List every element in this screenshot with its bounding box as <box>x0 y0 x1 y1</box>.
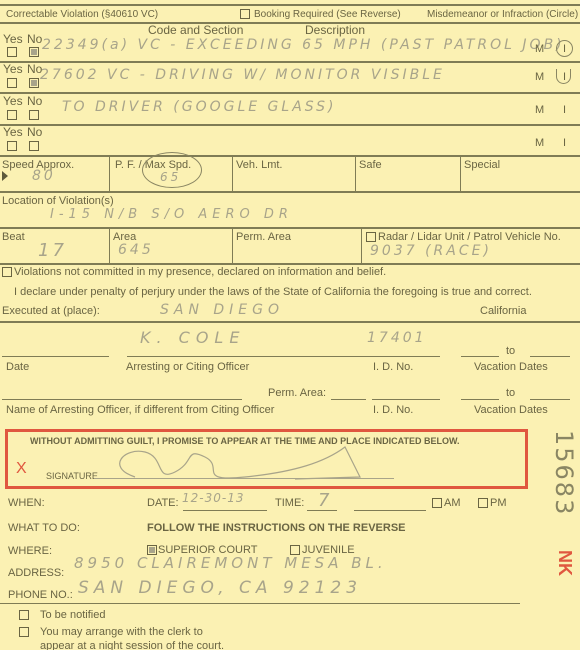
date-appear-label: DATE: <box>147 497 179 509</box>
location-label: Location of Violation(s) <box>2 195 114 207</box>
violation-text: 27602 VC - DRIVING W/ MONITOR VISIBLE <box>40 67 445 83</box>
m-option[interactable]: M <box>535 71 544 83</box>
yes-checkbox[interactable] <box>7 47 17 57</box>
phone-value: SAN DIEGO, CA 92123 <box>78 578 362 598</box>
radar-checkbox[interactable] <box>366 232 376 242</box>
arresting-officer-underline <box>2 399 242 400</box>
perm-area-label-2: Perm. Area: <box>268 387 326 399</box>
date-underline <box>2 356 109 357</box>
booking-required-label: Booking Required (See Reverse) <box>254 9 401 21</box>
violation-text: 22349(a) VC - EXCEEDING 65 MPH (PAST PAT… <box>42 37 565 53</box>
time-label: TIME: <box>275 497 304 509</box>
safe-label: Safe <box>359 159 382 171</box>
speed-approx-value: 80 <box>32 168 56 184</box>
speed-row-rule <box>0 191 580 193</box>
area-value: 645 <box>118 242 154 258</box>
cell-divider <box>355 156 356 192</box>
when-label: WHEN: <box>8 497 45 509</box>
night-session-checkbox[interactable] <box>19 627 29 637</box>
vacation-dates-label: Vacation Dates <box>474 361 548 373</box>
executed-at-value: SAN DIEGO <box>160 302 284 318</box>
m-option[interactable]: M <box>535 104 544 116</box>
citation-number: 15683 <box>550 430 578 516</box>
vacation-from-underline <box>461 356 499 357</box>
vacation-to-underline <box>530 356 570 357</box>
m-option[interactable]: M <box>535 43 544 55</box>
state-label: California <box>480 305 526 317</box>
i-option[interactable]: I <box>563 137 566 149</box>
special-label: Special <box>464 159 500 171</box>
violation-text: TO DRIVER (GOOGLE GLASS) <box>62 99 337 115</box>
date-underline-appear <box>183 510 267 511</box>
arresting-officer-label: Name of Arresting Officer, if different … <box>6 404 274 416</box>
location-value: I-15 N/B S/O AERO DR <box>50 207 293 222</box>
misdemeanor-infraction-label: Misdemeanor or Infraction (Circle) <box>427 9 578 21</box>
i-option[interactable]: I <box>563 104 566 116</box>
no-label: No <box>27 95 42 107</box>
row-rule-3 <box>0 124 580 126</box>
night-session-label-2: appear at a night session of the court. <box>40 640 224 650</box>
phone-label: PHONE NO.: <box>8 589 73 601</box>
time-hour-underline <box>307 510 337 511</box>
no-label: No <box>27 126 42 138</box>
yes-label: Yes <box>3 33 23 45</box>
vacation-to-underline-2 <box>530 399 570 400</box>
m-option[interactable]: M <box>535 137 544 149</box>
officer-underline <box>127 356 440 357</box>
vacation-to-label: to <box>506 345 515 357</box>
description-header: Description <box>305 24 365 36</box>
radar-lidar-label: Radar / Lidar Unit / Patrol Vehicle No. <box>378 231 561 243</box>
id-no-underline-2 <box>372 399 440 400</box>
no-label: No <box>27 33 42 45</box>
row-rule-4 <box>0 155 580 157</box>
executed-at-label: Executed at (place): <box>2 305 100 317</box>
citing-officer-label: Arresting or Citing Officer <box>126 361 249 373</box>
cell-divider <box>109 156 110 192</box>
yes-label: Yes <box>3 63 23 75</box>
to-be-notified-label: To be notified <box>40 609 105 621</box>
yes-label: Yes <box>3 95 23 107</box>
beat-row-rule <box>0 263 580 265</box>
yes-checkbox[interactable] <box>7 141 17 151</box>
yes-checkbox[interactable] <box>7 78 17 88</box>
cell-divider <box>109 228 110 264</box>
night-session-label-1: You may arrange with the clerk to <box>40 626 203 638</box>
header-rule <box>0 22 580 24</box>
top-rule <box>0 4 580 6</box>
cell-divider <box>232 228 233 264</box>
signature-label: SIGNATURE <box>46 470 98 482</box>
radar-value: 9037 (RACE) <box>370 243 492 259</box>
pf-max-spd-value: 65 <box>160 170 181 184</box>
row-rule-2 <box>0 92 580 94</box>
date-label: Date <box>6 361 29 373</box>
citing-officer-value: K. COLE <box>140 328 245 347</box>
perjury-declaration: I declare under penalty of perjury under… <box>14 286 532 298</box>
date-appear-value: 12-30-13 <box>182 491 244 505</box>
beat-value: 17 <box>38 240 67 261</box>
citation-suffix: NK <box>554 550 575 576</box>
am-label: AM <box>444 497 461 509</box>
address-value: 8950 CLAIREMONT MESA BL. <box>74 554 387 572</box>
time-minute-underline <box>354 510 426 511</box>
speed-pointer-icon <box>2 171 8 181</box>
time-value: 7 <box>318 490 332 511</box>
i-circled-mark <box>556 69 571 84</box>
am-checkbox[interactable] <box>432 498 442 508</box>
no-checkbox[interactable] <box>29 141 39 151</box>
id-no-label-2: I. D. No. <box>373 404 413 416</box>
not-committed-checkbox[interactable] <box>2 267 12 277</box>
pm-checkbox[interactable] <box>478 498 488 508</box>
signature-x-mark: X <box>16 460 27 478</box>
signature-scribble <box>95 442 385 492</box>
not-committed-label: Violations not committed in my presence,… <box>14 266 386 278</box>
vacation-from-underline-2 <box>461 399 499 400</box>
address-label: ADDRESS: <box>8 567 64 579</box>
pm-label: PM <box>490 497 507 509</box>
i-circled-mark <box>556 40 573 57</box>
row-rule-1 <box>0 61 580 63</box>
no-checkbox[interactable] <box>29 78 39 88</box>
no-checkbox[interactable] <box>29 47 39 57</box>
yes-checkbox[interactable] <box>7 110 17 120</box>
location-rule <box>0 227 580 229</box>
correctable-violation-label: Correctable Violation (§40610 VC) <box>6 9 158 21</box>
officer-id-value: 17401 <box>367 330 427 346</box>
to-be-notified-checkbox[interactable] <box>19 610 29 620</box>
phone-rule <box>0 603 520 604</box>
booking-required-checkbox[interactable] <box>240 9 250 19</box>
cell-divider <box>232 156 233 192</box>
cell-divider <box>460 156 461 192</box>
no-checkbox[interactable] <box>29 110 39 120</box>
veh-lmt-label: Veh. Lmt. <box>236 159 282 171</box>
perm-area-underline <box>331 399 366 400</box>
vacation-dates-label-2: Vacation Dates <box>474 404 548 416</box>
yes-label: Yes <box>3 126 23 138</box>
vacation-to-label-2: to <box>506 387 515 399</box>
perm-area-label: Perm. Area <box>236 231 291 243</box>
what-to-do-value: FOLLOW THE INSTRUCTIONS ON THE REVERSE <box>147 522 406 534</box>
cell-divider <box>361 228 362 264</box>
id-no-label: I. D. No. <box>373 361 413 373</box>
code-section-header: Code and Section <box>148 24 243 36</box>
what-to-do-label: WHAT TO DO: <box>8 522 80 534</box>
where-label: WHERE: <box>8 545 52 557</box>
beat-label: Beat <box>2 231 25 243</box>
executed-rule <box>0 321 580 323</box>
